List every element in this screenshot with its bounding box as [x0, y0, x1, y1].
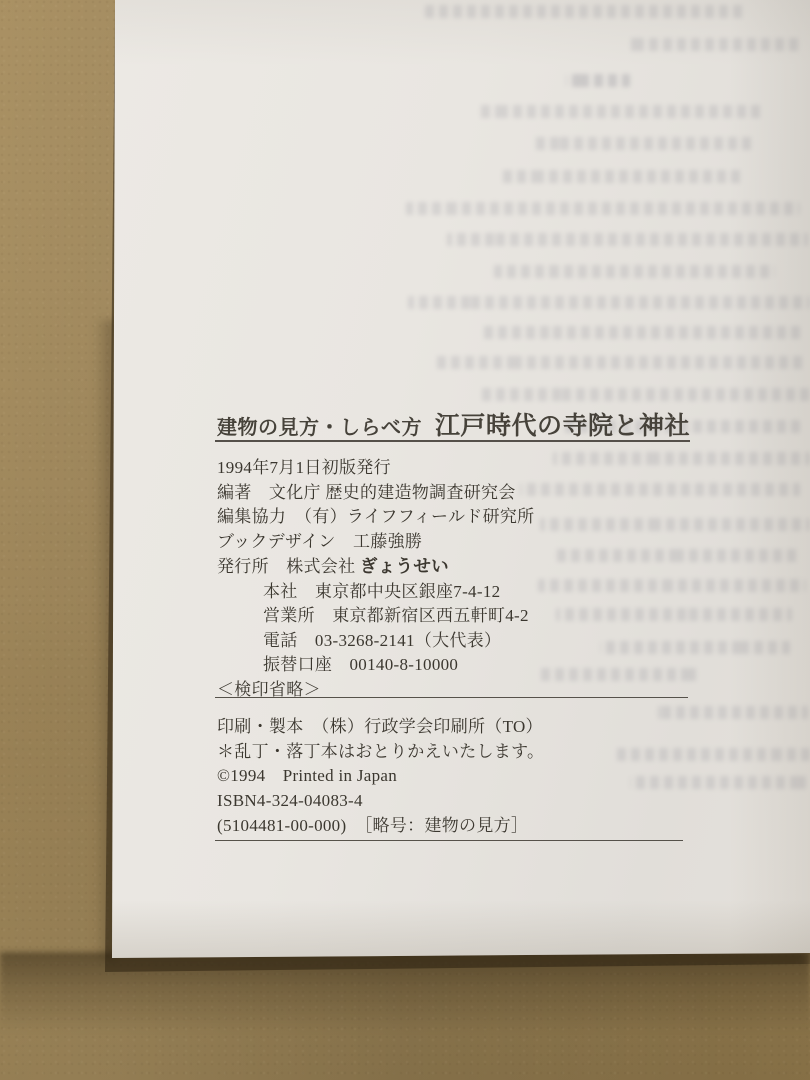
colophon-text: 編集協力 （有）ライフフィールド研究所 [217, 507, 534, 526]
showthrough-line [540, 518, 810, 531]
showthrough-line [532, 137, 752, 150]
showthrough-line [425, 5, 745, 18]
title-underline [215, 440, 690, 442]
colophon-line: 営業所 東京都新宿区西五軒町4-2 [217, 604, 534, 629]
showthrough-line [566, 74, 630, 87]
colophon-text: ぎょうせい [360, 556, 449, 576]
series-title: 建物の見方・しらべ方 [217, 417, 422, 439]
colophon-text: 1994年7月1日初版発行 [217, 458, 391, 477]
showthrough-line [447, 233, 808, 246]
imprint-line: (5104481-00-000) ［略号：建物の見方］ [217, 814, 544, 839]
colophon-text: 営業所 東京都新宿区西五軒町4-2 [263, 606, 529, 625]
showthrough-line [478, 105, 762, 118]
colophon-line: 振替口座 00140-8-10000 [217, 653, 534, 678]
showthrough-line [483, 326, 804, 339]
showthrough-line [553, 452, 810, 465]
page-bottom-shadow [0, 952, 810, 1047]
imprint-line: 印刷・製本 （株）行政学会印刷所（TO） [217, 715, 544, 740]
colophon-line: ブックデザイン 工藤強勝 [217, 530, 534, 555]
showthrough-line [556, 608, 792, 621]
divider-rule-top [215, 697, 688, 698]
colophon-block: 1994年7月1日初版発行編著 文化庁 歴史的建造物調査研究会編集協力 （有）ラ… [217, 456, 534, 702]
showthrough-line [658, 706, 808, 719]
colophon-text: 振替口座 00140-8-10000 [263, 655, 458, 674]
imprint-line: ISBN4-324-04083-4 [217, 789, 544, 814]
colophon-line: 電話 03-3268-2141（大代表） [217, 629, 534, 654]
showthrough-line [628, 38, 800, 51]
showthrough-line [630, 776, 806, 789]
colophon-line: 編著 文化庁 歴史的建造物調査研究会 [217, 481, 534, 506]
imprint-line: ©1994 Printed in Japan [217, 764, 544, 789]
colophon-text: ブックデザイン 工藤強勝 [217, 532, 422, 551]
showthrough-line [436, 356, 806, 369]
colophon-line: 発行所 株式会社 ぎょうせい [217, 554, 534, 580]
showthrough-line [478, 388, 810, 401]
colophon-text: 発行所 株式会社 [217, 557, 360, 576]
showthrough-line [540, 668, 700, 681]
book-title: 建物の見方・しらべ方江戸時代の寺院と神社 [217, 406, 690, 442]
colophon-line: 編集協力 （有）ライフフィールド研究所 [217, 505, 534, 530]
colophon-line: 本社 東京都中央区銀座7-4-12 [217, 580, 534, 605]
showthrough-line [538, 579, 806, 592]
showthrough-line [500, 170, 742, 183]
showthrough-line [494, 265, 775, 278]
showthrough-line [556, 549, 800, 562]
volume-title: 江戸時代の寺院と神社 [435, 412, 690, 440]
colophon-text: 編著 文化庁 歴史的建造物調査研究会 [217, 483, 516, 502]
showthrough-line [408, 296, 810, 309]
showthrough-line [612, 748, 810, 761]
book-photo: 建物の見方・しらべ方江戸時代の寺院と神社 1994年7月1日初版発行編著 文化庁… [0, 0, 810, 1080]
divider-rule-bottom [215, 840, 683, 841]
imprint-block: 印刷・製本 （株）行政学会印刷所（TO）＊乱丁・落丁本はおとりかえいたします。©… [217, 715, 544, 839]
showthrough-line [406, 202, 800, 215]
showthrough-line [600, 641, 790, 654]
colophon-line: 1994年7月1日初版発行 [217, 456, 534, 481]
colophon-line: ＜検印省略＞ [217, 678, 534, 703]
book-page: 建物の見方・しらべ方江戸時代の寺院と神社 1994年7月1日初版発行編著 文化庁… [0, 0, 810, 1080]
imprint-line: ＊乱丁・落丁本はおとりかえいたします。 [217, 740, 544, 765]
colophon-text: 本社 東京都中央区銀座7-4-12 [263, 582, 500, 601]
colophon-text: 電話 03-3268-2141（大代表） [263, 631, 501, 650]
showthrough-line [520, 483, 800, 496]
